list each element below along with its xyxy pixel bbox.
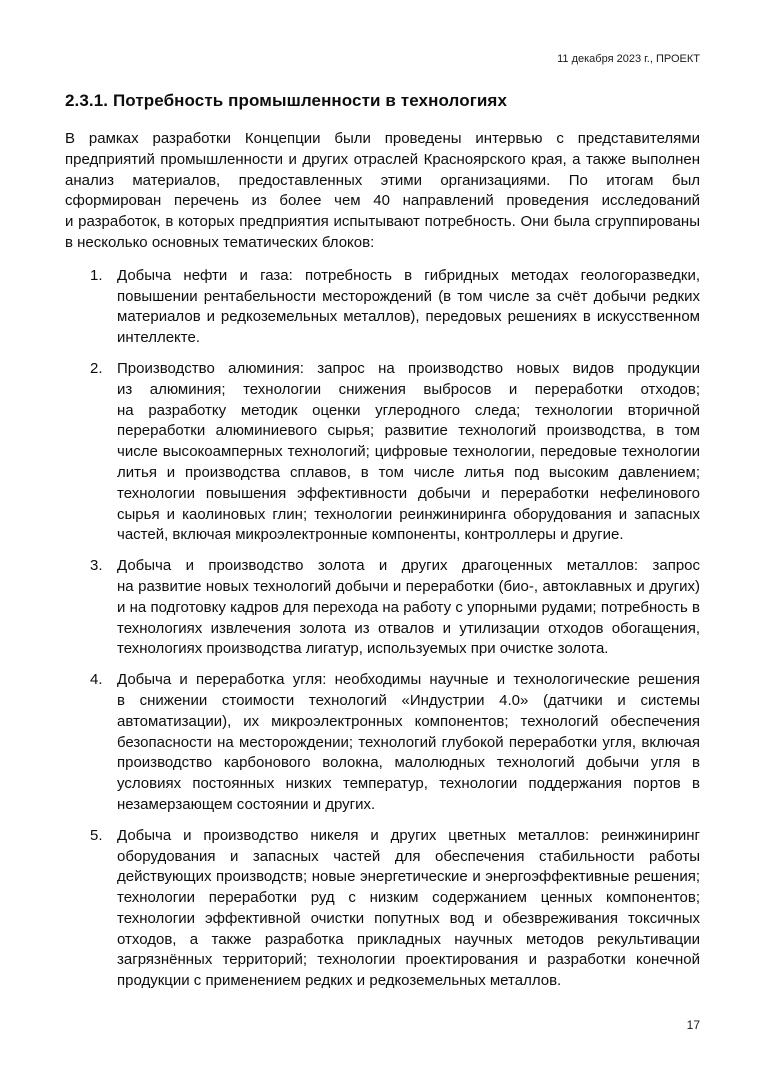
- list-item: 4. Добыча и переработка угля: необходимы…: [65, 670, 700, 816]
- page-number: 17: [687, 1018, 700, 1032]
- list-item-number: 2.: [90, 359, 117, 546]
- list-item-text: Добыча и переработка угля: необходимы на…: [117, 670, 700, 816]
- document-page: 11 декабря 2023 г., ПРОЕКТ 2.3.1. Потреб…: [0, 0, 764, 1080]
- list-item-text: Добыча и производство золота и других др…: [117, 556, 700, 660]
- list-item: 1. Добыча нефти и газа: потребность в ги…: [65, 266, 700, 349]
- list-item-number: 1.: [90, 266, 117, 349]
- list-item: 2. Производство алюминия: запрос на прои…: [65, 359, 700, 546]
- intro-paragraph: В рамках разработки Концепции были прове…: [65, 129, 700, 254]
- list-item-number: 3.: [90, 556, 117, 660]
- page-footer: 17: [687, 1018, 700, 1032]
- list-item-text: Добыча нефти и газа: потребность в гибри…: [117, 266, 700, 349]
- list-item-number: 5.: [90, 826, 117, 992]
- numbered-list: 1. Добыча нефти и газа: потребность в ги…: [65, 266, 700, 992]
- page-header: 11 декабря 2023 г., ПРОЕКТ: [65, 53, 700, 66]
- list-item-text: Производство алюминия: запрос на произво…: [117, 359, 700, 546]
- list-item: 5. Добыча и производство никеля и других…: [65, 826, 700, 992]
- section-title: 2.3.1. Потребность промышленности в техн…: [65, 91, 700, 111]
- list-item-number: 4.: [90, 670, 117, 816]
- list-item: 3. Добыча и производство золота и других…: [65, 556, 700, 660]
- header-date-draft-label: 11 декабря 2023 г., ПРОЕКТ: [557, 53, 700, 65]
- list-item-text: Добыча и производство никеля и других цв…: [117, 826, 700, 992]
